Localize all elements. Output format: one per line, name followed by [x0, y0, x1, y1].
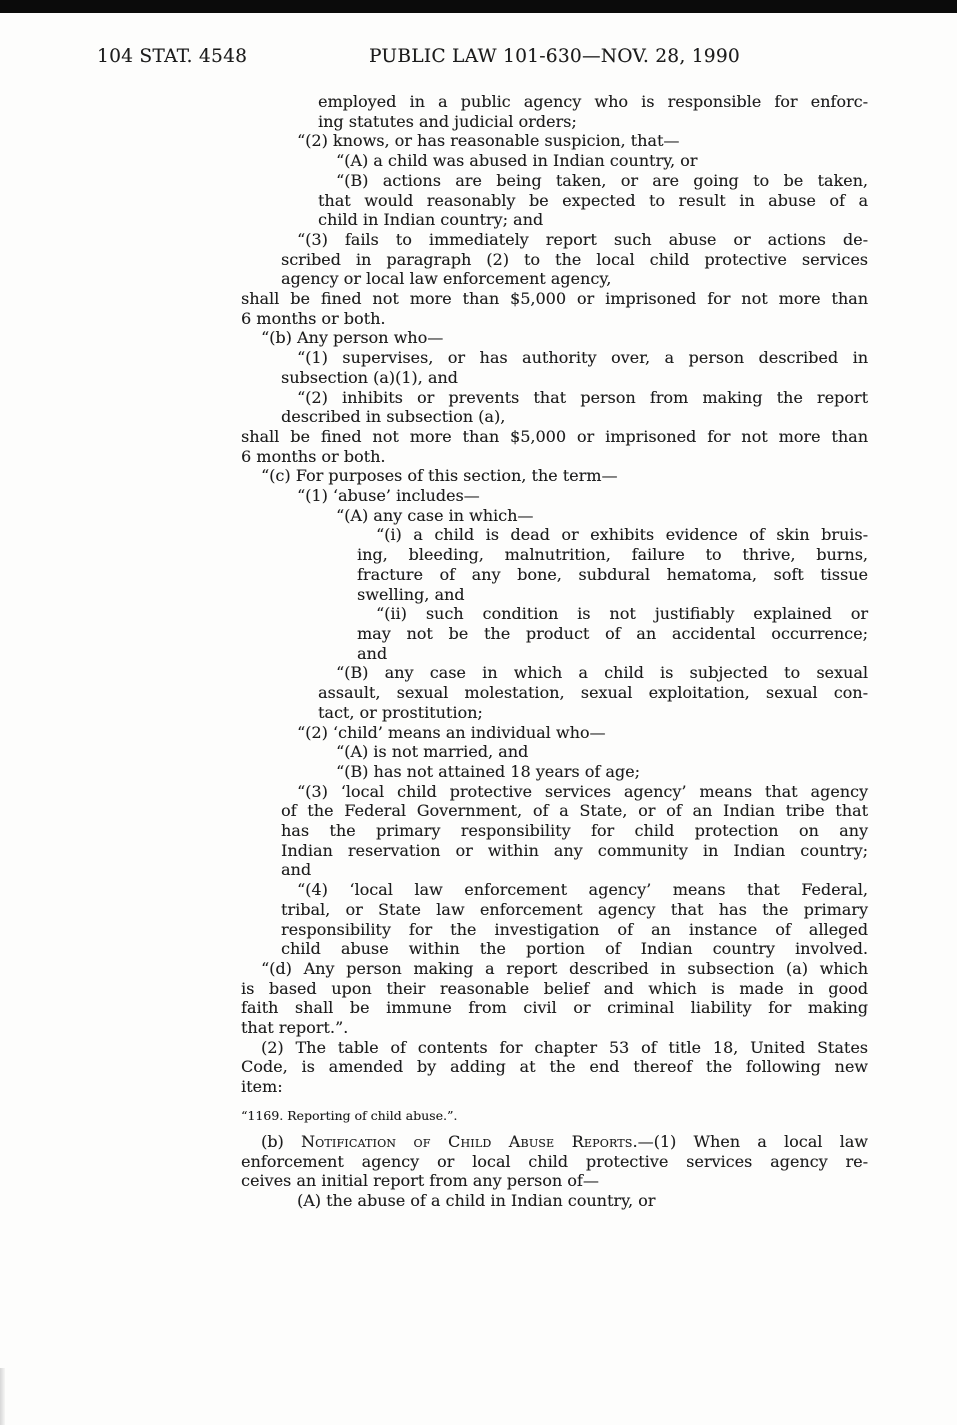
statute-line: described in subsection (a),	[281, 407, 868, 427]
statute-line: 6 months or both.	[241, 447, 868, 467]
statute-line: subsection (a)(1), and	[281, 368, 868, 388]
statute-line: of the Federal Government, of a State, o…	[281, 801, 868, 821]
statute-line: “(d) Any person making a report describe…	[261, 959, 868, 979]
statute-line: tribal, or State law enforcement agency …	[281, 900, 868, 920]
statute-line: “(2) knows, or has reasonable suspicion,…	[297, 131, 868, 151]
toc-entry-line: “1169. Reporting of child abuse.”.	[241, 1108, 868, 1124]
statute-line: 6 months or both.	[241, 309, 868, 329]
statute-line: tact, or prostitution;	[318, 703, 868, 723]
statute-page: 104 STAT. 4548 PUBLIC LAW 101-630—NOV. 2…	[0, 0, 957, 1425]
statute-line: that would reasonably be expected to res…	[318, 191, 868, 211]
statute-line: “(3) fails to immediately report such ab…	[297, 230, 868, 250]
statute-line: “(i) a child is dead or exhibits evidenc…	[376, 525, 868, 545]
statute-line: child abuse within the portion of Indian…	[281, 939, 868, 959]
scan-edge-bar	[0, 0, 957, 13]
statute-line: “(A) any case in which—	[336, 506, 868, 526]
statute-line: child in Indian country; and	[318, 210, 868, 230]
statute-line: ing statutes and judicial orders;	[318, 112, 868, 132]
statute-line: agency or local law enforcement agency,	[281, 269, 868, 289]
statute-line: responsibility for the investigation of …	[281, 920, 868, 940]
statute-line: faith shall be immune from civil or crim…	[241, 998, 868, 1018]
statute-line: (A) the abuse of a child in Indian count…	[297, 1191, 868, 1211]
statute-line: is based upon their reasonable belief an…	[241, 979, 868, 999]
statute-line: has the primary responsibility for child…	[281, 821, 868, 841]
scan-left-edge	[0, 1368, 5, 1425]
section-heading-smallcaps: Notification of Child Abuse Reports	[301, 1132, 633, 1151]
statute-line: shall be fined not more than $5,000 or i…	[241, 289, 868, 309]
statute-line: and	[357, 644, 868, 664]
statute-line: “(B) actions are being taken, or are goi…	[336, 171, 868, 191]
statute-line: enforcement agency or local child protec…	[241, 1152, 868, 1172]
stat-page-number: 104 STAT. 4548	[97, 46, 247, 68]
statute-line: (2) The table of contents for chapter 53…	[261, 1038, 868, 1058]
statute-line: shall be fined not more than $5,000 or i…	[241, 427, 868, 447]
statute-line: “(B) has not attained 18 years of age;	[336, 762, 868, 782]
statute-line: that report.”.	[241, 1018, 868, 1038]
statute-line: scribed in paragraph (2) to the local ch…	[281, 250, 868, 270]
statute-line: “(b) Any person who—	[261, 328, 868, 348]
statute-line: “(1) supervises, or has authority over, …	[297, 348, 868, 368]
statute-line: may not be the product of an accidental …	[357, 624, 868, 644]
statute-line: “(c) For purposes of this section, the t…	[261, 466, 868, 486]
statute-line: “(4) ‘local law enforcement agency’ mean…	[297, 880, 868, 900]
statute-line: “(2) ‘child’ means an individual who—	[297, 723, 868, 743]
statute-line: “(ii) such condition is not justifiably …	[376, 604, 868, 624]
statute-line: “(B) any case in which a child is subjec…	[336, 663, 868, 683]
statute-line: swelling, and	[357, 585, 868, 605]
statute-line: and	[281, 860, 868, 880]
statute-line: “(2) inhibits or prevents that person fr…	[297, 388, 868, 408]
statute-line: “(3) ‘local child protective services ag…	[297, 782, 868, 802]
statute-line: fracture of any bone, subdural hematoma,…	[357, 565, 868, 585]
statute-line: assault, sexual molestation, sexual expl…	[318, 683, 868, 703]
law-title: PUBLIC LAW 101-630—NOV. 28, 1990	[241, 46, 868, 68]
statute-line: employed in a public agency who is respo…	[318, 92, 868, 112]
statute-line: item:	[241, 1077, 868, 1097]
statute-line: Indian reservation or within any communi…	[281, 841, 868, 861]
statute-line: ing, bleeding, malnutrition, failure to …	[357, 545, 868, 565]
statute-line: “(A) a child was abused in Indian countr…	[336, 151, 868, 171]
statute-line: “(A) is not married, and	[336, 742, 868, 762]
statute-line: “(1) ‘abuse’ includes—	[297, 486, 868, 506]
statute-line: (b) Notification of Child Abuse Reports.…	[261, 1132, 868, 1152]
statute-line: Code, is amended by adding at the end th…	[241, 1057, 868, 1077]
statute-text-column: employed in a public agency who is respo…	[241, 92, 868, 1211]
statute-line: ceives an initial report from any person…	[241, 1171, 868, 1191]
